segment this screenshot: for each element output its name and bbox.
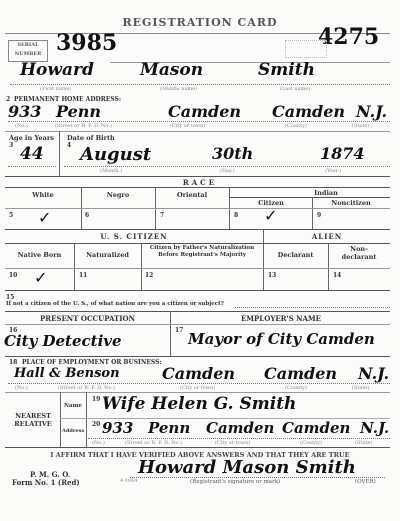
employer-value: Mayor of City Camden	[188, 330, 375, 348]
alien-col-declarant: Declarant	[263, 251, 328, 259]
stamp-box	[285, 40, 327, 58]
birth-line	[64, 166, 390, 167]
nearest-relative-label: NEAREST RELATIVE	[8, 412, 58, 428]
divider	[230, 197, 390, 198]
field-no-14: 14	[333, 272, 341, 279]
race-indian-citizen-check: ✓	[264, 206, 277, 225]
employment-city: Camden	[162, 364, 235, 383]
divider	[141, 243, 142, 290]
cit-col-fathers-naturalization: Citizen by Father's Naturalization Befor…	[145, 245, 259, 259]
divider	[5, 290, 390, 291]
name-middle: Mason	[140, 60, 203, 80]
caption: (Street or R. F. D. No.)	[125, 440, 182, 446]
serial-number: 3985	[56, 30, 117, 56]
foreign-question: If not a citizen of the U. S., of what n…	[6, 301, 224, 307]
divider	[5, 311, 390, 312]
relative-name-label: Name	[64, 403, 82, 409]
caption: (County)	[285, 123, 307, 129]
race-col-oriental: Oriental	[155, 191, 229, 199]
caption: (No.)	[15, 123, 28, 129]
race-col-indian-noncitizen: Noncitizen	[312, 199, 390, 207]
field-no-19: 19	[92, 396, 100, 403]
relative-address-street: Penn	[148, 419, 190, 437]
caption: (Year.)	[325, 168, 341, 174]
form-id-line2: Form No. 1 (Red)	[12, 478, 80, 487]
caption-last: (Last name)	[280, 86, 310, 92]
place-of-employment-label: PLACE OF EMPLOYMENT OR BUSINESS:	[22, 359, 162, 366]
field-no-9: 9	[317, 212, 321, 219]
age-label: Age in Years	[9, 134, 54, 142]
field-no-11: 11	[79, 272, 87, 279]
caption: (City or town)	[170, 123, 205, 129]
caption: (No.)	[15, 385, 28, 391]
divider	[5, 268, 390, 269]
field-no-12: 12	[145, 272, 153, 279]
cit-col-native-born: Native Born	[5, 251, 74, 259]
caption: (Street or R. F. D. No.)	[55, 123, 112, 129]
name-last: Smith	[258, 60, 315, 80]
address-county: Camden	[272, 102, 345, 121]
address-line	[8, 121, 390, 122]
caption: (State)	[352, 385, 369, 391]
caption: (State)	[355, 440, 372, 446]
age-value: 44	[20, 144, 44, 164]
relative-address-line	[88, 438, 390, 439]
address-number: 933	[8, 102, 41, 121]
divider	[60, 392, 61, 447]
caption: (Day.)	[220, 168, 235, 174]
divider	[328, 243, 329, 290]
foreign-line	[235, 307, 390, 308]
birth-day: 30th	[212, 144, 253, 163]
divider	[5, 447, 390, 448]
divider	[59, 131, 60, 176]
caption: (No.)	[92, 440, 105, 446]
birth-label: Date of Birth	[67, 134, 115, 142]
relative-address-number: 933	[102, 419, 133, 437]
relative-address-label: Address	[62, 428, 84, 434]
order-number: 4275	[318, 24, 379, 50]
divider	[5, 324, 390, 325]
field-no-4: 4	[67, 142, 71, 149]
alien-heading: ALIEN	[264, 232, 390, 241]
birth-year: 1874	[320, 144, 365, 163]
name-first: Howard	[20, 60, 94, 80]
indian-heading: Indian	[262, 189, 390, 197]
field-no-10: 10	[9, 272, 17, 279]
address-city: Camden	[168, 102, 241, 121]
registrant-signature: Howard Mason Smith	[138, 457, 356, 478]
employment-state: N.J.	[358, 364, 389, 383]
caption: (City or town)	[215, 440, 250, 446]
divider	[170, 311, 171, 356]
signature-line	[130, 477, 385, 478]
us-citizen-heading: U. S. CITIZEN	[5, 232, 263, 241]
divider	[5, 356, 390, 357]
race-col-white: White	[5, 191, 81, 199]
serial-number-label: SERIAL NUMBER	[8, 40, 48, 62]
caption-first: (First name)	[40, 86, 71, 92]
divider	[5, 176, 390, 177]
registration-card: REGISTRATION CARD SERIAL NUMBER 3985 427…	[0, 0, 400, 521]
divider	[5, 187, 390, 188]
alien-col-non-declarant: Non-declarant	[334, 245, 384, 261]
relative-name: Wife Helen G. Smith	[102, 394, 296, 414]
caption: (State)	[352, 123, 369, 129]
address-state: N.J.	[356, 102, 387, 121]
caption: (Month.)	[100, 168, 122, 174]
address-street: Penn	[56, 102, 101, 121]
field-no-8: 8	[234, 212, 238, 219]
divider	[263, 229, 264, 290]
signature-caption: (Registrant's signature or mark)	[190, 479, 280, 485]
relative-address-city: Camden	[206, 419, 274, 437]
employment-line	[8, 383, 390, 384]
field-no-18: 18	[9, 359, 17, 366]
occupation-value: City Detective	[4, 332, 122, 350]
caption: (City or town)	[180, 385, 215, 391]
relative-address-state: N.J.	[360, 419, 389, 437]
name-line	[10, 84, 390, 85]
field-no-3: 3	[9, 142, 13, 149]
race-white-check: ✓	[38, 208, 51, 227]
divider	[5, 229, 390, 230]
native-born-check: ✓	[34, 268, 47, 287]
field-no-5: 5	[9, 212, 13, 219]
divider	[5, 243, 390, 244]
caption: (County)	[300, 440, 322, 446]
card-title: REGISTRATION CARD	[110, 16, 290, 29]
birth-month: August	[80, 144, 151, 165]
caption: (County)	[285, 385, 307, 391]
relative-address-county: Camden	[282, 419, 350, 437]
employment-street: Hall & Benson	[14, 366, 120, 381]
divider	[5, 131, 390, 132]
caption-middle: (Middle name)	[160, 86, 197, 92]
divider	[5, 208, 390, 209]
field-no-7: 7	[160, 212, 164, 219]
divider	[5, 392, 390, 393]
employment-county: Camden	[264, 364, 337, 383]
race-col-negro: Negro	[81, 191, 155, 199]
cit-col-naturalized: Naturalized	[74, 251, 141, 259]
age-line	[8, 166, 56, 167]
field-no-20: 20	[92, 421, 100, 428]
divider	[86, 392, 87, 447]
occupation-heading: PRESENT OCCUPATION	[5, 314, 170, 323]
field-no-6: 6	[85, 212, 89, 219]
field-no-15: 15	[6, 294, 14, 301]
caption: (Street or R. F. D. No.)	[58, 385, 115, 391]
employer-heading: EMPLOYER'S NAME	[172, 314, 390, 323]
over-note: (OVER)	[355, 479, 376, 485]
field-no-17: 17	[175, 327, 183, 334]
field-no-13: 13	[268, 272, 276, 279]
print-code: 4-1064	[120, 478, 138, 484]
race-heading: RACE	[150, 178, 250, 187]
